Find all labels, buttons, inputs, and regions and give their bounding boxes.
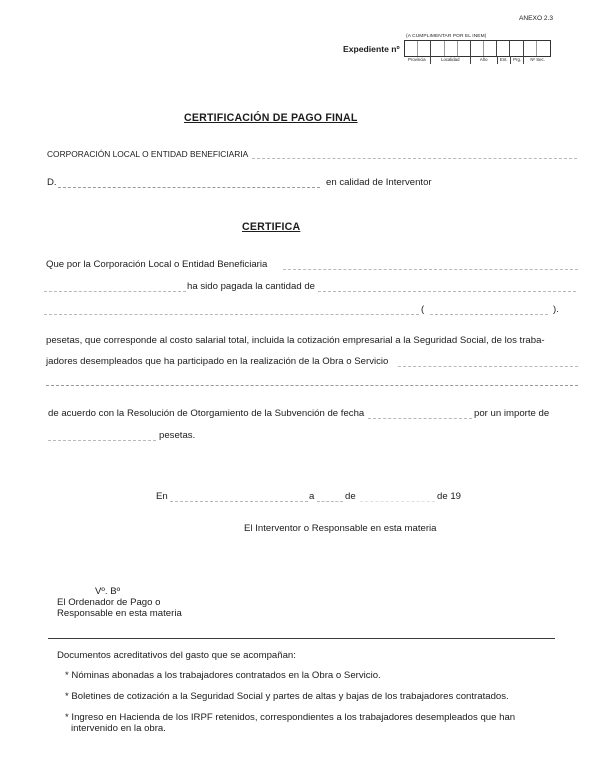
importe-field[interactable] — [48, 440, 156, 441]
date-place-field[interactable] — [170, 501, 308, 502]
date-day-field[interactable] — [317, 501, 343, 502]
date-en: En — [156, 491, 168, 502]
expediente-cell[interactable] — [524, 41, 537, 56]
document-title: CERTIFICACIÓN DE PAGO FINAL — [184, 112, 358, 124]
date-de1: de — [345, 491, 356, 502]
certifica-heading: CERTIFICA — [242, 221, 300, 233]
body-line-1: Que por la Corporación Local o Entidad B… — [46, 259, 267, 270]
expediente-field-label: Prg. — [511, 56, 524, 64]
expediente-cell[interactable] — [418, 41, 431, 56]
expediente-cell[interactable] — [405, 41, 418, 56]
expediente-cell[interactable] — [497, 41, 510, 56]
section-divider — [48, 638, 555, 639]
cantidad-letra-field[interactable] — [318, 291, 576, 292]
document-item: * Nóminas abonadas a los trabajadores co… — [65, 670, 381, 681]
expediente-number-boxes[interactable] — [404, 40, 551, 57]
expediente-field-label: Ent. — [498, 56, 511, 64]
body-line-4: pesetas, que corresponde al costo salari… — [46, 335, 545, 346]
date-month-field[interactable] — [360, 501, 435, 502]
paren-close: ). — [553, 304, 559, 315]
expediente-cell[interactable] — [471, 41, 484, 56]
cantidad-letra-field-cont[interactable] — [44, 314, 419, 315]
expediente-note: (A CUMPLIMENTAR POR EL INEM) — [406, 34, 486, 39]
interventor-suffix: en calidad de Interventor — [326, 177, 432, 188]
document-item: * Boletines de cotización a la Seguridad… — [65, 691, 509, 702]
body-line-7b: por un importe de — [474, 408, 549, 419]
ordenador-line-1: El Ordenador de Pago o — [57, 597, 160, 608]
expediente-cell[interactable] — [458, 41, 471, 56]
body-line-8: pesetas. — [159, 430, 195, 441]
expediente-field-label: Año — [471, 56, 498, 64]
date-de2: de 19 — [437, 491, 461, 502]
expediente-field-labels: Provincia Localidad Año Ent. Prg. Nº Sec… — [404, 56, 551, 64]
expediente-cell[interactable] — [484, 41, 497, 56]
entidad-beneficiaria-field-cont[interactable] — [44, 291, 186, 292]
visto-bueno: Vº. Bº — [95, 586, 120, 597]
document-item-cont: intervenido en la obra. — [71, 723, 166, 734]
expediente-field-label: Provincia — [404, 56, 431, 64]
fecha-resolucion-field[interactable] — [368, 418, 472, 419]
document-item: * Ingreso en Hacienda de los IRPF reteni… — [65, 712, 515, 723]
interventor-prefix: D. — [47, 177, 57, 188]
interventor-signature-label: El Interventor o Responsable en esta mat… — [244, 523, 437, 534]
paren-open: ( — [421, 304, 424, 315]
expediente-cell[interactable] — [510, 41, 523, 56]
entity-field[interactable] — [252, 158, 577, 159]
expediente-field-label: Localidad — [431, 56, 471, 64]
cantidad-numero-field[interactable] — [430, 314, 548, 315]
body-line-2: ha sido pagada la cantidad de — [187, 281, 315, 292]
expediente-field-label: Nº Sec. — [524, 56, 551, 64]
entidad-beneficiaria-field[interactable] — [283, 269, 578, 270]
annex-number: ANEXO 2.3 — [519, 15, 553, 22]
entity-label: CORPORACIÓN LOCAL O ENTIDAD BENEFICIARIA — [47, 149, 248, 159]
obra-servicio-field[interactable] — [398, 366, 578, 367]
expediente-label: Expediente nº — [343, 44, 400, 54]
expediente-cell[interactable] — [431, 41, 444, 56]
expediente-cell[interactable] — [445, 41, 458, 56]
obra-servicio-field-cont[interactable] — [46, 385, 578, 386]
body-line-5: jadores desempleados que ha participado … — [46, 356, 388, 367]
body-line-7a: de acuerdo con la Resolución de Otorgami… — [48, 408, 364, 419]
expediente-cell[interactable] — [537, 41, 550, 56]
documents-heading: Documentos acreditativos del gasto que s… — [57, 650, 296, 661]
interventor-name-field[interactable] — [58, 187, 320, 188]
ordenador-line-2: Responsable en esta materia — [57, 608, 182, 619]
date-a: a — [309, 491, 314, 502]
